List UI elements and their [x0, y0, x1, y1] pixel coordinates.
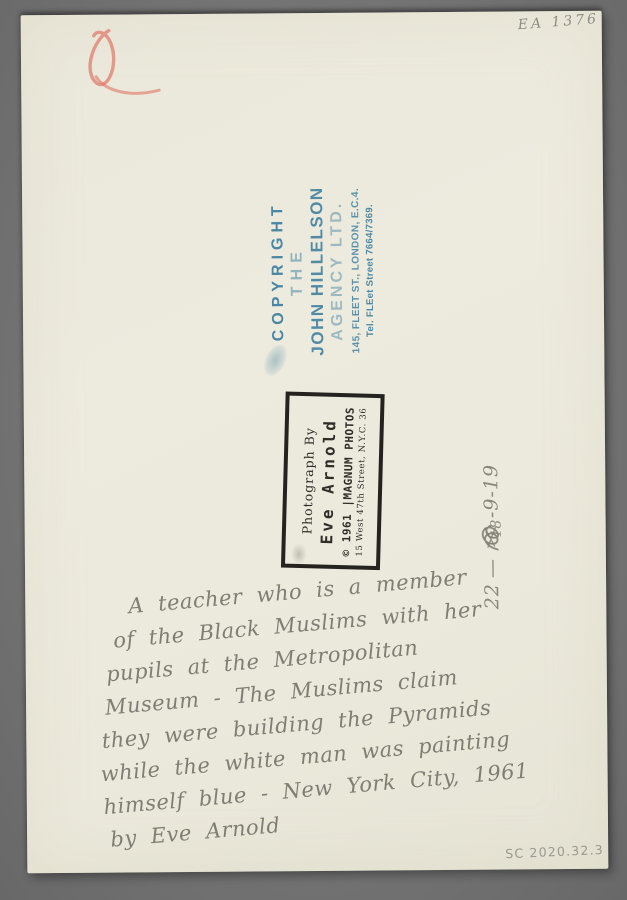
red-r-icon: [49, 20, 166, 105]
catalog-number-annotation: EA 1376: [517, 11, 599, 33]
stamp-smudge: [291, 543, 307, 565]
accession-number-annotation: SC 2020.32.3: [505, 842, 604, 861]
credit-stamp-line: Photograph By: [298, 426, 316, 534]
credit-stamp-line: © 1961 |MAGNUM PHOTOS: [339, 406, 356, 556]
credit-stamp-text: Photograph By Eve Arnold © 1961 |MAGNUM …: [285, 396, 381, 566]
inserted-number-annotation: 18: [489, 515, 519, 537]
copyright-stamp-line: THE: [288, 246, 306, 296]
red-grease-pencil-mark: [49, 20, 166, 105]
negative-number-top: -9-19: [480, 464, 502, 518]
copyright-stamp-line: AGENCY LTD.: [328, 201, 347, 341]
credit-stamp-line: 15 West 47th Street, N.Y.C. 36: [354, 407, 368, 556]
copyright-stamp-line: COPYRIGHT: [269, 201, 288, 341]
copyright-stamp-line: Tel. FLEet Street 7664/7369.: [364, 204, 376, 337]
caption-handwriting: A teacher who is a member of the Black M…: [75, 553, 582, 858]
copyright-stamp-line: 145, FLEET ST., LONDON, E.C.4.: [350, 188, 362, 353]
copyright-stamp-line: JOHN HILLELSON: [307, 186, 328, 355]
credit-stamp-line: Eve Arnold: [316, 417, 338, 544]
photo-verso-paper: EA 1376 COPYRIGHT THE JOHN HILLELSON AGE…: [21, 11, 609, 874]
